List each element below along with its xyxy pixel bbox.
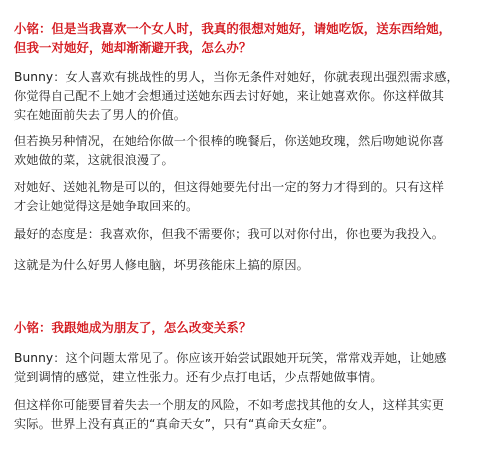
answer-1-paragraph-3: 对她好、送她礼物是可以的，但这得她要先付出一定的努力才得到的。只有这样 才会让她… <box>14 178 444 216</box>
text-line: 对她好、送她礼物是可以的，但这得她要先付出一定的努力才得到的。只有这样 <box>14 178 444 197</box>
text-line: 你觉得自己配不上她才会想通过送她东西去讨好她，来让她喜欢你。你这样做其 <box>14 87 444 106</box>
article-document: 小铭：但是当我喜欢一个女人时，我真的很想对她好，请她吃饭，送东西给她， 但我一对… <box>0 0 500 450</box>
text-line: Bunny：这个问题太常见了。你应该开始尝试跟她开玩笑，常常戏弄她，让她感 <box>14 349 444 368</box>
question-1-line-2: 但我一对她好，她却渐渐避开我，怎么办？ <box>14 38 444 57</box>
text-line: 这就是为什么好男人修电脑，坏男孩能床上搞的原因。 <box>14 256 444 275</box>
text-line: 实在她面前失去了男人的价值。 <box>14 106 444 125</box>
answer-1-paragraph-2: 但若换另种情况，在她给你做一个很棒的晚餐后，你送她玫瑰，然后吻她说你喜 欢她做的… <box>14 132 444 170</box>
text-line: 但这样你可能要冒着失去一个朋友的风险，不如考虑找其他的女人，这样其实更 <box>14 396 444 415</box>
answer-1-paragraph-5: 这就是为什么好男人修电脑，坏男孩能床上搞的原因。 <box>14 256 444 275</box>
text-line: 觉到调情的感觉，建立性张力。还有少点打电话，少点帮她做事情。 <box>14 368 444 387</box>
question-2: 小铭：我跟她成为朋友了，怎么改变关系？ <box>14 318 444 337</box>
text-line: 最好的态度是：我喜欢你，但我不需要你；我可以对你付出，你也要为我投入。 <box>14 225 444 244</box>
answer-2-paragraph-1: Bunny：这个问题太常见了。你应该开始尝试跟她开玩笑，常常戏弄她，让她感 觉到… <box>14 349 444 387</box>
text-line: Bunny：女人喜欢有挑战性的男人，当你无条件对她好，你就表现出强烈需求感， <box>14 68 444 87</box>
text-line: 但若换另种情况，在她给你做一个很棒的晚餐后，你送她玫瑰，然后吻她说你喜 <box>14 132 444 151</box>
question-1: 小铭：但是当我喜欢一个女人时，我真的很想对她好，请她吃饭，送东西给她， 但我一对… <box>14 19 444 57</box>
answer-1-paragraph-4: 最好的态度是：我喜欢你，但我不需要你；我可以对你付出，你也要为我投入。 <box>14 225 444 244</box>
answer-2-paragraph-2: 但这样你可能要冒着失去一个朋友的风险，不如考虑找其他的女人，这样其实更 实际。世… <box>14 396 444 434</box>
text-line: 欢她做的菜，这就很浪漫了。 <box>14 151 444 170</box>
answer-1-paragraph-1: Bunny：女人喜欢有挑战性的男人，当你无条件对她好，你就表现出强烈需求感， 你… <box>14 68 444 125</box>
text-line: 才会让她觉得这是她争取回来的。 <box>14 197 444 216</box>
text-line: 实际。世界上没有真正的“真命天女”，只有“真命天女症”。 <box>14 415 444 434</box>
question-2-line-1: 小铭：我跟她成为朋友了，怎么改变关系？ <box>14 318 444 337</box>
question-1-line-1: 小铭：但是当我喜欢一个女人时，我真的很想对她好，请她吃饭，送东西给她， <box>14 19 444 38</box>
